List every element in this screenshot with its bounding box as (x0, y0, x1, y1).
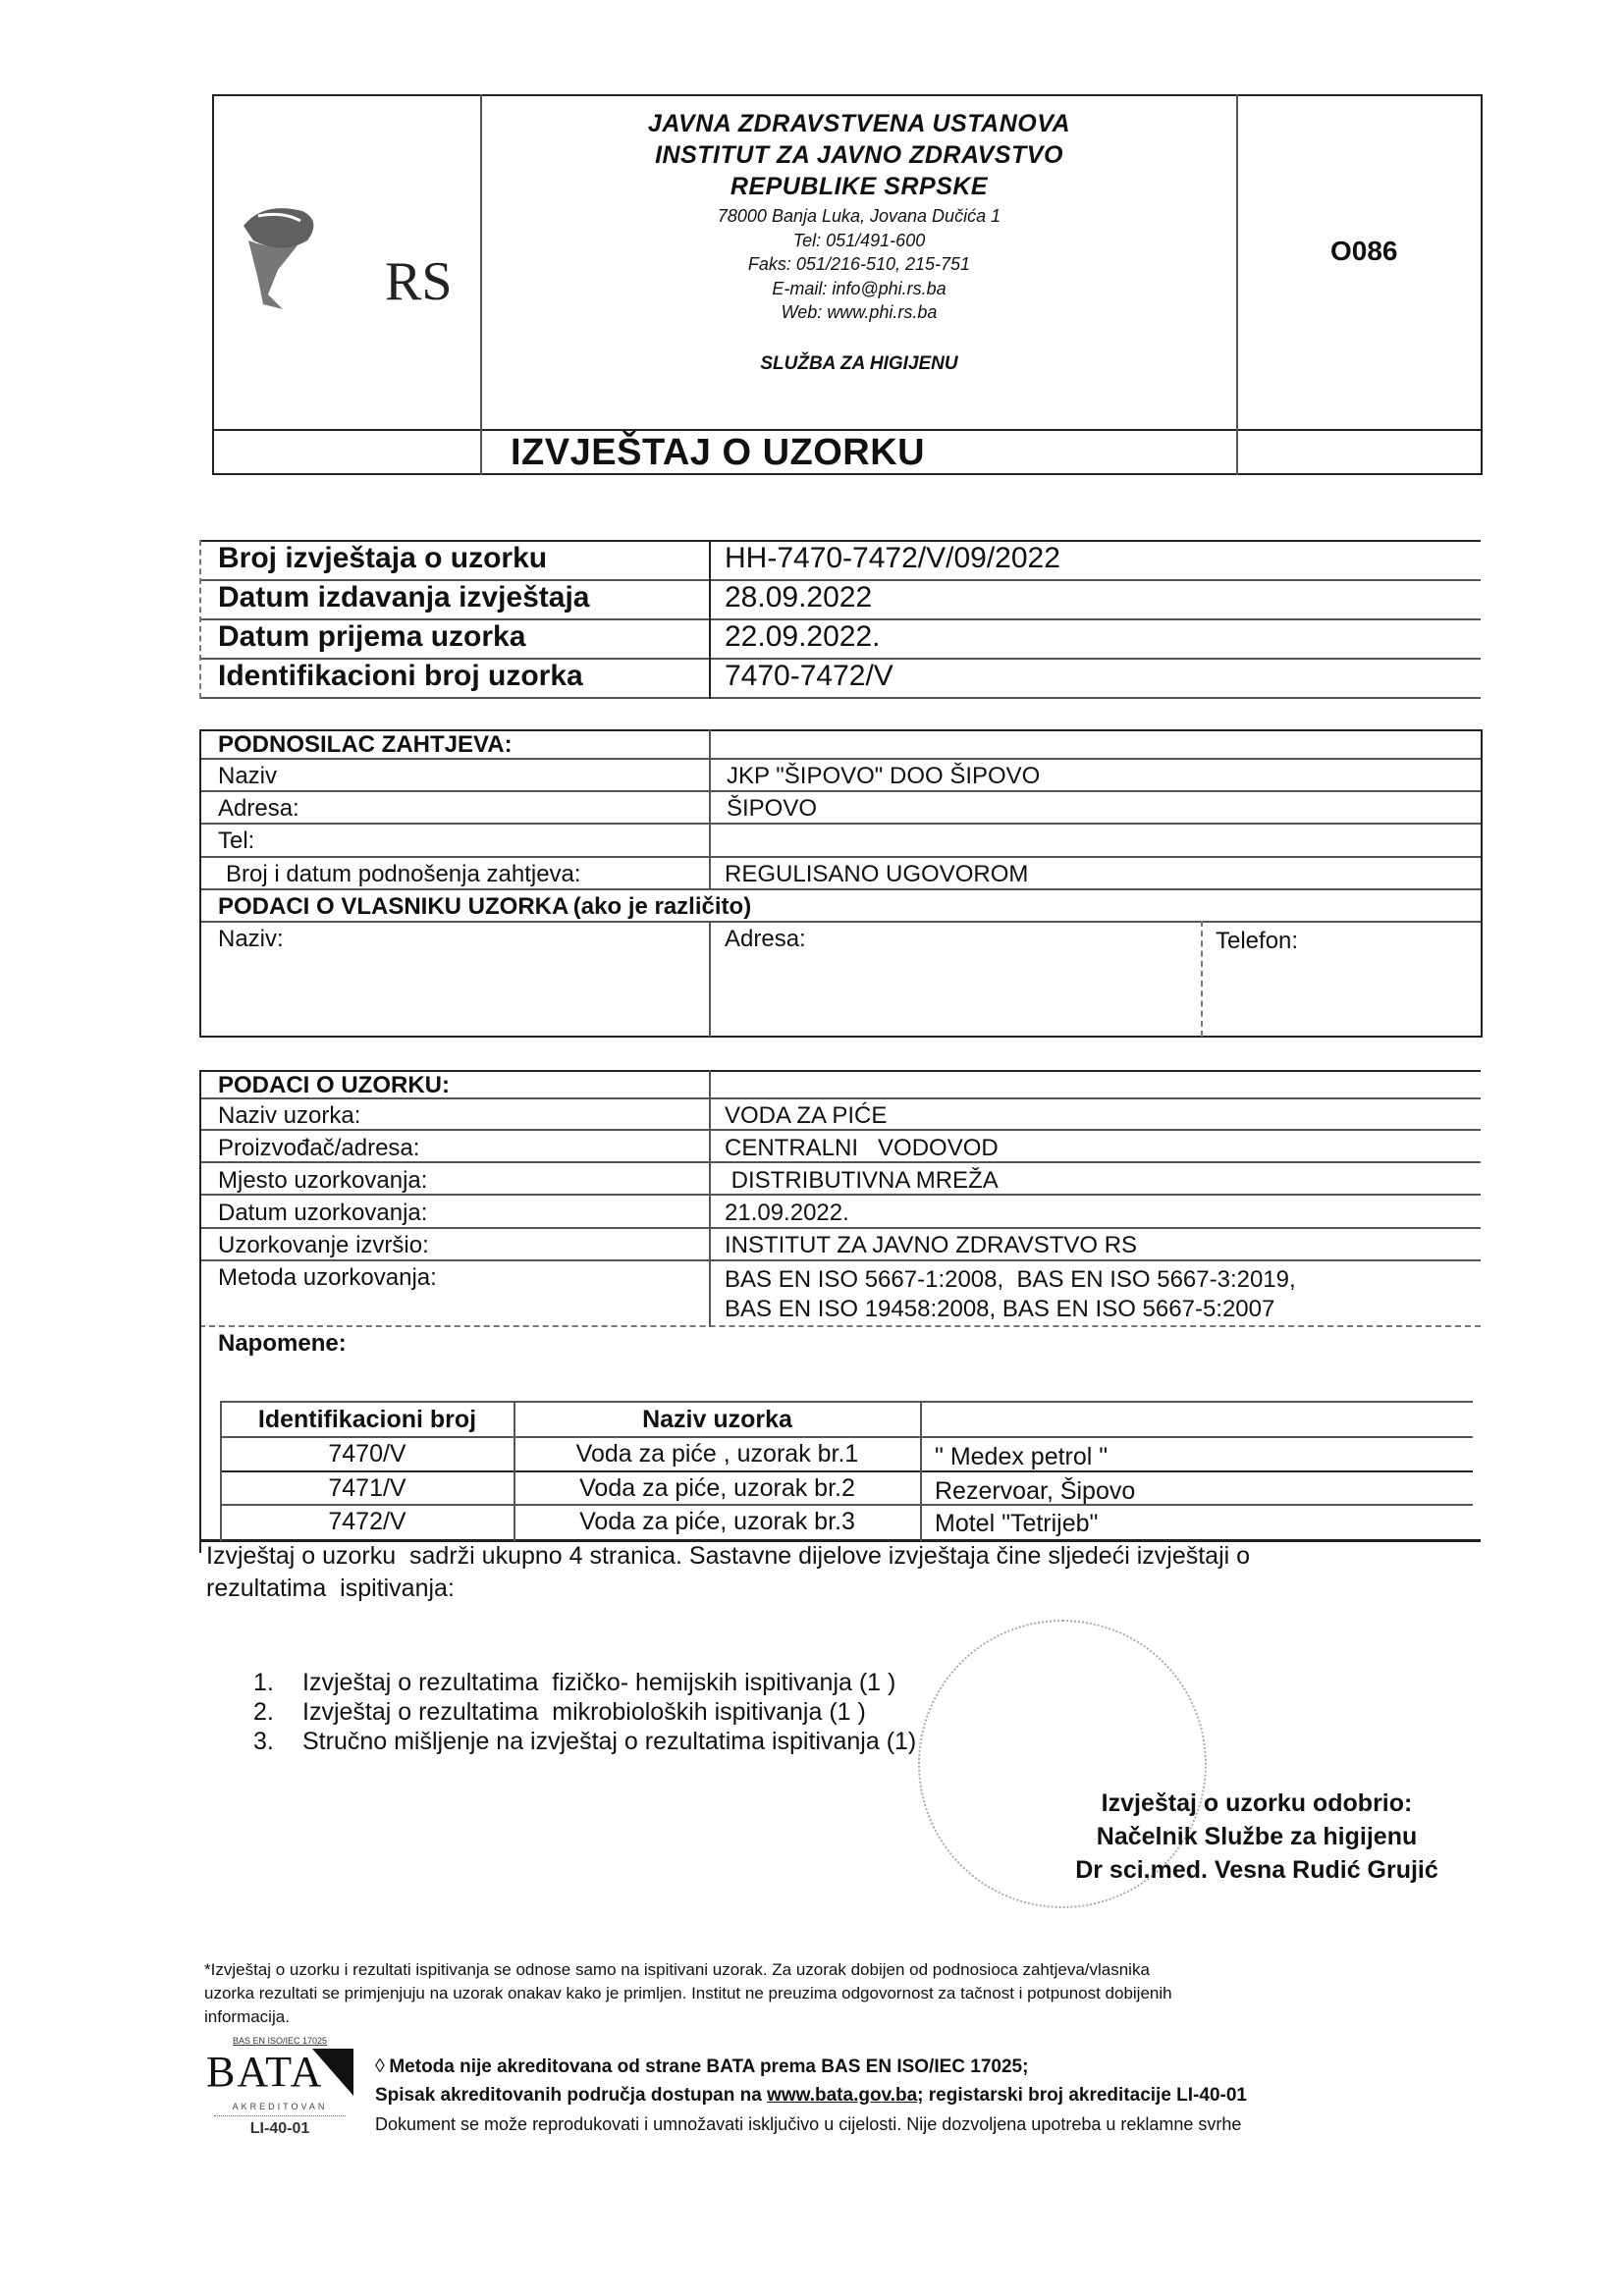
accreditation-notes: ◊ Metoda nije akreditovana od strane BAT… (375, 2056, 1247, 2135)
applicant-tel-label: Tel: (218, 828, 254, 855)
sample-name-cell: Voda za piće, uzorak br.3 (515, 1508, 919, 1536)
request-number-value: REGULISANO UGOVOROM (725, 861, 1028, 888)
owner-address-label: Adresa: (725, 926, 806, 953)
issue-date-value: 28.09.2022 (725, 581, 872, 614)
sample-id-cell: 7471/V (222, 1474, 513, 1503)
bata-website-link[interactable]: www.bata.gov.ba (767, 2085, 917, 2106)
list-item-text: Stručno mišljenje na izvještaj o rezulta… (302, 1728, 916, 1755)
institution-tel: Tel: 051/491-600 (481, 229, 1237, 253)
bata-accredited-text: AKREDITOVAN (206, 2102, 353, 2111)
institution-web: Web: www.phi.rs.ba (481, 300, 1237, 325)
bata-logo-text: BATA (206, 2049, 353, 2096)
accreditation-note-1: Metoda nije akreditovana od strane BATA … (389, 2056, 1028, 2077)
owner-heading: PODACI O VLASNIKU UZORKA (ako je različi… (218, 893, 751, 921)
accreditation-note-2: Spisak akreditovanih područja dostupan n… (375, 2085, 1247, 2114)
summary-line-1: Izvještaj o uzorku sadrži ukupno 4 stran… (206, 1541, 1250, 1571)
receipt-date-label: Datum prijema uzorka (218, 620, 525, 654)
list-item-number: 3. (253, 1728, 302, 1756)
owner-heading-suffix: (ako je različito) (573, 893, 751, 920)
bata-standard-text: BAS EN ISO/IEC 17025 (206, 2036, 353, 2046)
sample-location-cell: " Medex petrol " (935, 1443, 1108, 1471)
signature-block: Izvještaj o uzorku odobrio: Načelnik Slu… (1031, 1787, 1483, 1887)
sample-id-cell: 7470/V (222, 1440, 513, 1468)
sample-id-label: Identifikacioni broj uzorka (218, 660, 583, 693)
producer-value: CENTRALNI VODOVOD (725, 1135, 999, 1162)
disclaimer-line-3: informacija. (204, 2005, 1510, 2029)
list-item-text: Izvještaj o rezultatima fizičko- hemijsk… (302, 1669, 895, 1696)
owner-name-label: Naziv: (218, 926, 284, 953)
sampled-by-value: INSTITUT ZA JAVNO ZDRAVSTVO RS (725, 1232, 1137, 1259)
sample-name-cell: Voda za piće , uzorak br.1 (515, 1440, 919, 1468)
institution-address: 78000 Banja Luka, Jovana Dučića 1 (481, 204, 1237, 229)
bata-accreditation-logo: BAS EN ISO/IEC 17025 BATA AKREDITOVAN LI… (206, 2036, 353, 2138)
list-item-number: 2. (253, 1698, 302, 1727)
department-name: SLUŽBA ZA HIGIJENU (481, 352, 1237, 377)
sample-name-value: VODA ZA PIĆE (725, 1102, 887, 1130)
col-header-name: Naziv uzorka (515, 1406, 919, 1434)
sample-name-label: Naziv uzorka: (218, 1102, 360, 1130)
owner-heading-main: PODACI O VLASNIKU UZORKA (218, 893, 568, 920)
applicant-heading: PODNOSILAC ZAHTJEVA: (218, 731, 513, 759)
sample-name-cell: Voda za piće, uzorak br.2 (515, 1474, 919, 1503)
institution-fax: Faks: 051/216-510, 215-751 (481, 252, 1237, 277)
sampling-method-label: Metoda uzorkovanja: (218, 1264, 437, 1292)
report-number-value: HH-7470-7472/V/09/2022 (725, 542, 1060, 575)
summary-line-2: rezultatima ispitivanja: (206, 1574, 455, 1603)
request-number-label: Broj i datum podnošenja zahtjeva: (226, 861, 581, 888)
sampling-location-value: DISTRIBUTIVNA MREŽA (725, 1167, 999, 1195)
accreditation-note-2-text: Spisak akreditovanih područja dostupan n… (375, 2085, 767, 2106)
sample-location-cell: Motel "Tetrijeb" (935, 1510, 1098, 1538)
sampling-location-label: Mjesto uzorkovanja: (218, 1167, 427, 1195)
accreditation-note-2-suffix: ; registarski broj akreditacije LI-40-01 (917, 2085, 1247, 2106)
sampling-method-value-2: BAS EN ISO 19458:2008, BAS EN ISO 5667-5… (725, 1296, 1274, 1323)
sample-heading: PODACI O UZORKU: (218, 1072, 450, 1099)
receipt-date-value: 22.09.2022. (725, 620, 880, 654)
rs-ribbon-logo-icon (224, 187, 332, 314)
notes-label: Napomene: (218, 1330, 347, 1358)
page-title: IZVJEŠTAJ O UZORKU (511, 432, 925, 474)
sample-id-cell: 7472/V (222, 1508, 513, 1536)
producer-label: Proizvođač/adresa: (218, 1135, 419, 1162)
applicant-name-value: JKP "ŠIPOVO" DOO ŠIPOVO (727, 763, 1040, 790)
sampling-method-value-1: BAS EN ISO 5667-1:2008, BAS EN ISO 5667-… (725, 1266, 1296, 1294)
applicant-address-value: ŠIPOVO (727, 795, 817, 823)
institution-line-3: REPUBLIKE SRPSKE (481, 171, 1237, 202)
applicant-address-label: Adresa: (218, 795, 299, 823)
approved-by-label: Izvještaj o uzorku odobrio: (1031, 1787, 1483, 1820)
bata-registration-code: LI-40-01 (206, 2120, 353, 2138)
issue-date-label: Datum izdavanja izvještaja (218, 581, 590, 614)
sampling-date-label: Datum uzorkovanja: (218, 1200, 427, 1227)
col-header-id: Identifikacioni broj (222, 1406, 513, 1434)
disclaimer: *Izvještaj o uzorku i rezultati ispitiva… (204, 1958, 1510, 2029)
sampled-by-label: Uzorkovanje izvršio: (218, 1232, 429, 1259)
list-item: 3.Stručno mišljenje na izvještaj o rezul… (253, 1728, 916, 1756)
sample-id-value: 7470-7472/V (725, 660, 893, 693)
institution-email: E-mail: info@phi.rs.ba (481, 277, 1237, 301)
form-code: O086 (1330, 236, 1398, 267)
sample-location-cell: Rezervoar, Šipovo (935, 1477, 1135, 1506)
list-item: 2.Izvještaj o rezultatima mikrobioloških… (253, 1698, 866, 1727)
applicant-name-label: Naziv (218, 763, 277, 790)
approver-name: Dr sci.med. Vesna Rudić Grujić (1031, 1853, 1483, 1887)
list-item-text: Izvještaj o rezultatima mikrobioloških i… (302, 1698, 866, 1726)
approver-title: Načelnik Službe za higijenu (1031, 1820, 1483, 1853)
list-item-number: 1. (253, 1669, 302, 1697)
owner-phone-label: Telefon: (1216, 928, 1298, 955)
institution-line-1: JAVNA ZDRAVSTVENA USTANOVA (481, 108, 1237, 139)
disclaimer-line-2: uzorka rezultati se primjenjuju na uzora… (204, 1982, 1510, 2005)
report-number-label: Broj izvještaja o uzorku (218, 542, 547, 575)
disclaimer-line-1: *Izvještaj o uzorku i rezultati ispitiva… (204, 1958, 1510, 1982)
institution-line-2: INSTITUT ZA JAVNO ZDRAVSTVO (481, 139, 1237, 171)
list-item: 1.Izvještaj o rezultatima fizičko- hemij… (253, 1669, 895, 1697)
reproduction-note: Dokument se može reprodukovati i umnožav… (375, 2114, 1247, 2135)
diamond-icon: ◊ (375, 2056, 385, 2077)
logo-text: RS (385, 250, 453, 313)
sampling-date-value: 21.09.2022. (725, 1200, 849, 1227)
